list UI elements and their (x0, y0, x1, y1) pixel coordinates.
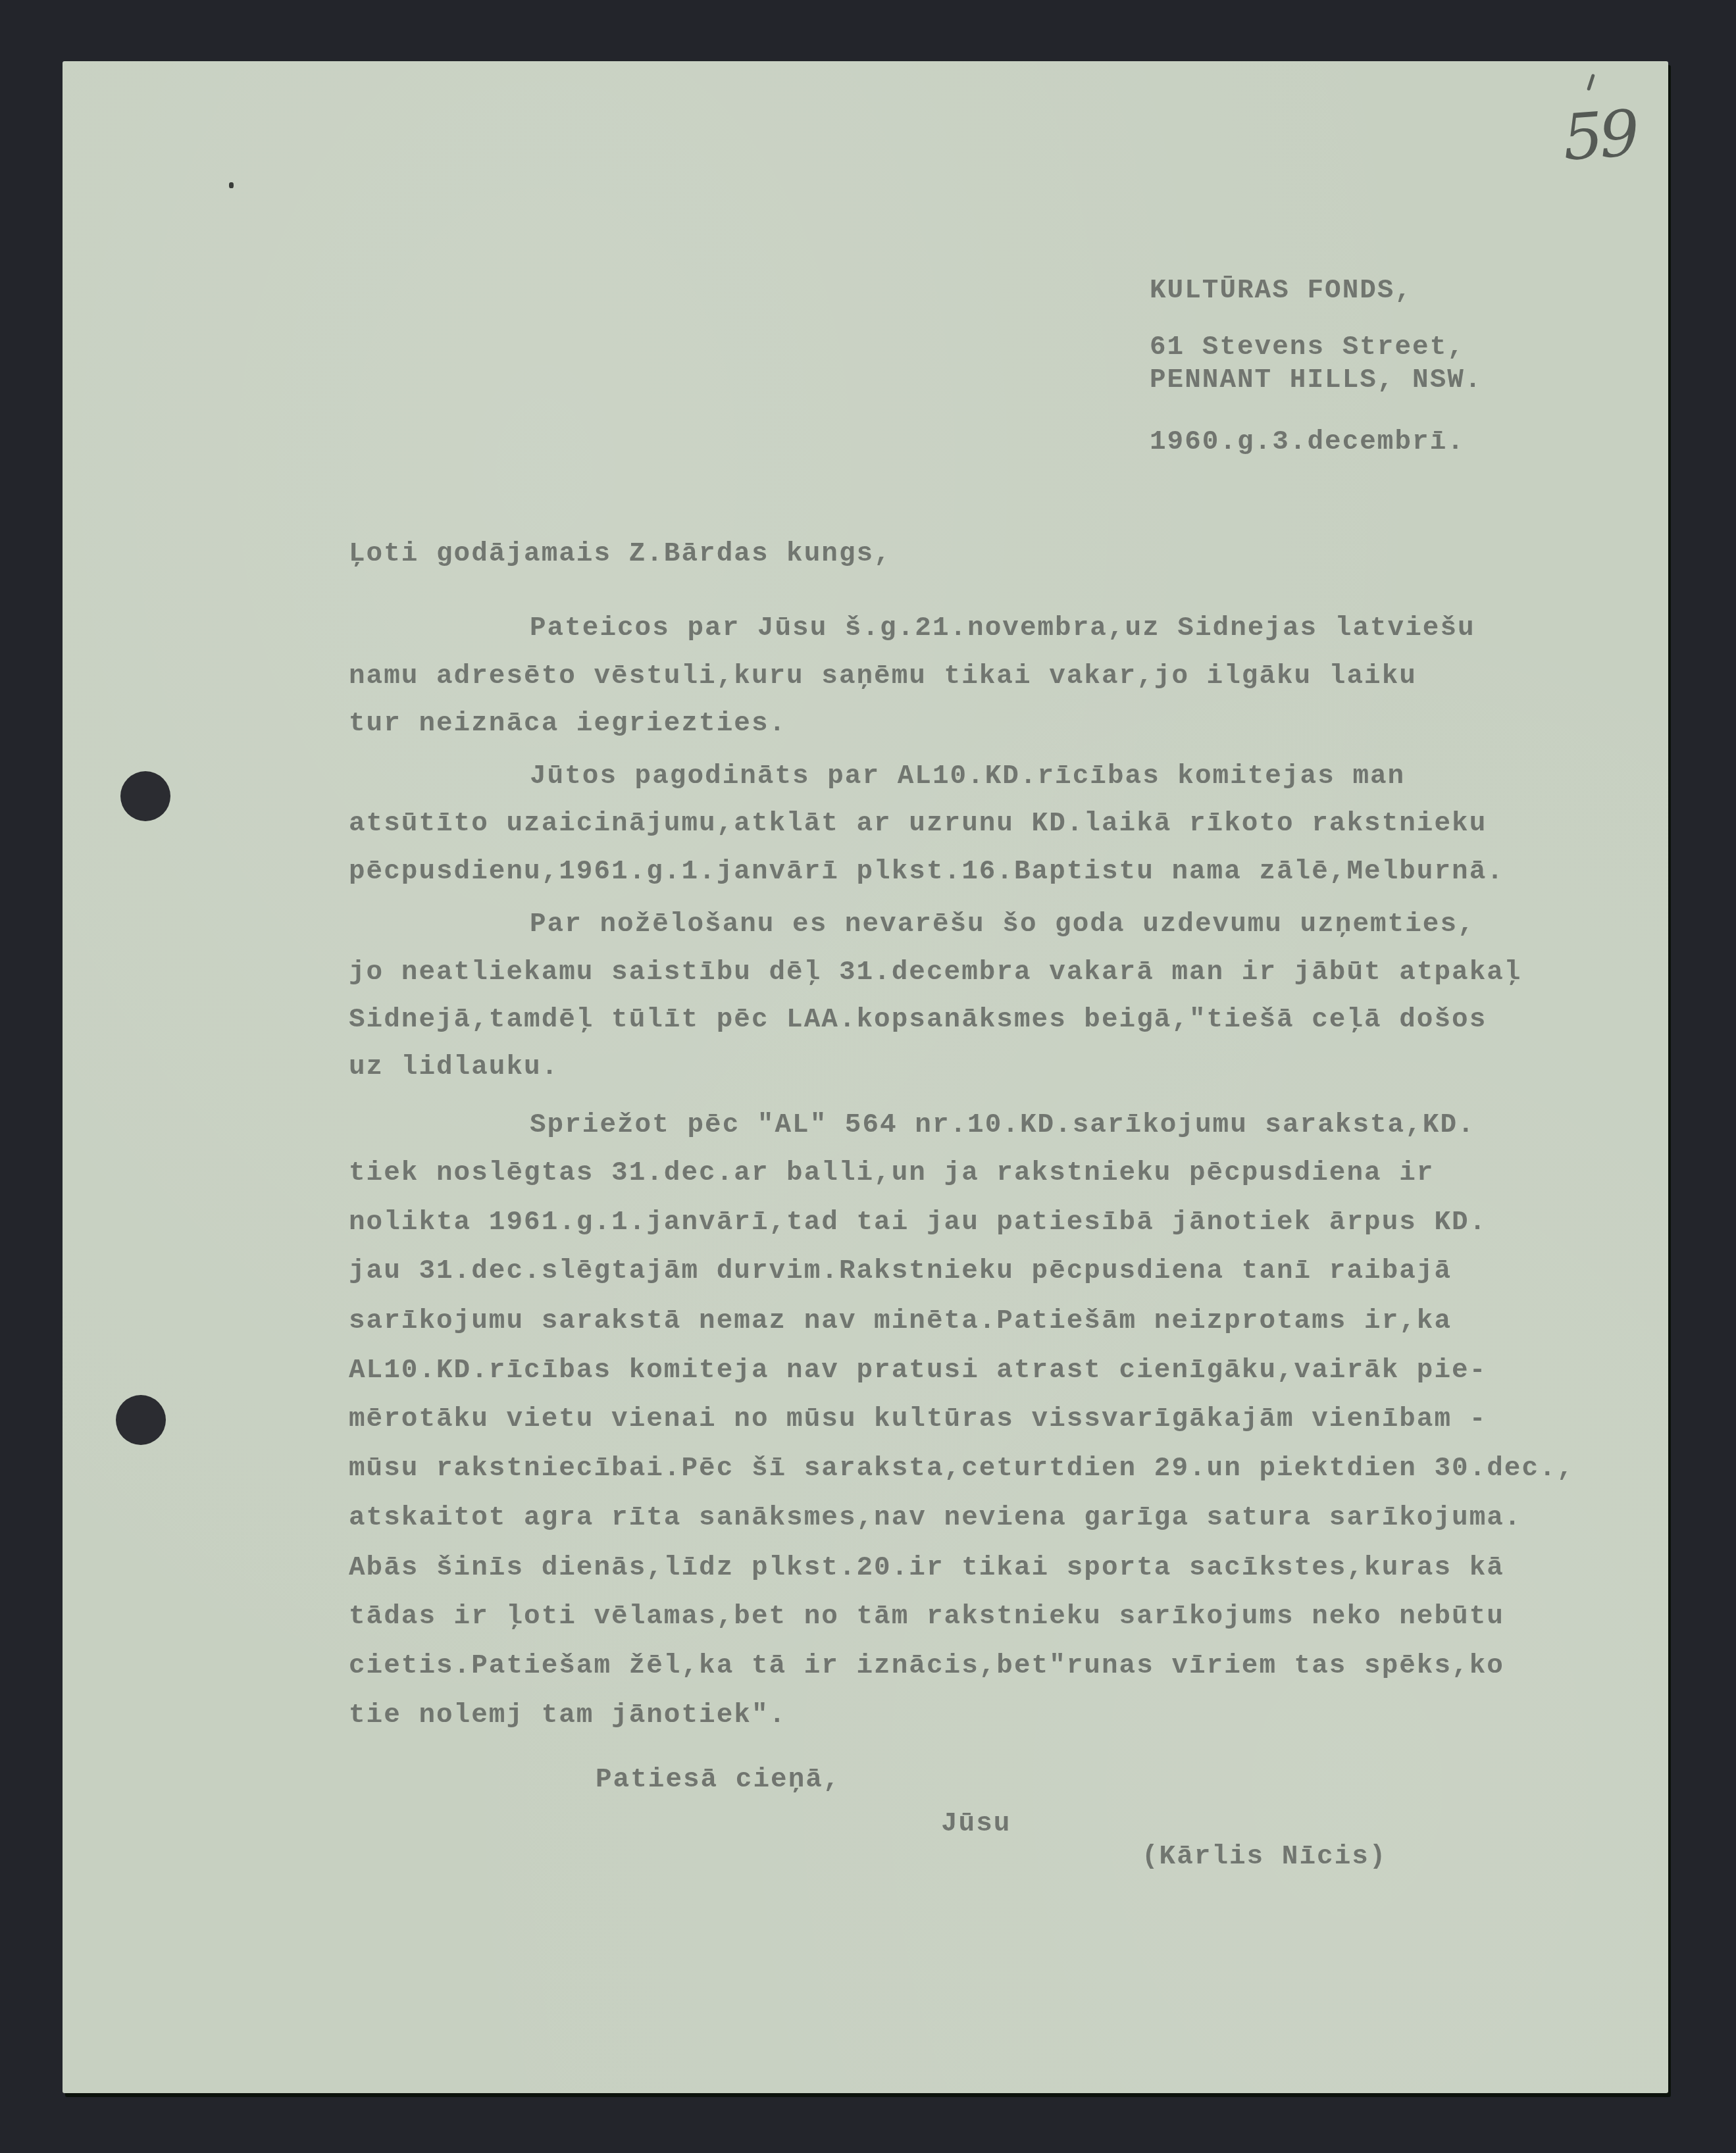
punch-hole-bottom (116, 1395, 166, 1445)
closing-word: Jūsu (941, 1811, 1011, 1838)
paragraph-line: Abās šinīs dienās,līdz plkst.20.ir tikai… (349, 1555, 1504, 1582)
paragraph-line: nolikta 1961.g.1.janvārī,tad tai jau pat… (349, 1209, 1487, 1236)
sender-organization: KULTŪRAS FONDS, (1150, 278, 1412, 305)
letter-date: 1960.g.3.decembrī. (1150, 429, 1465, 456)
paragraph-line: AL10.KD.rīcības komiteja nav pratusi atr… (349, 1357, 1487, 1384)
paragraph-line: tiek noslēgtas 31.dec.ar balli,un ja rak… (349, 1160, 1434, 1187)
paragraph-line: mūsu rakstniecībai.Pēc šī saraksta,cetur… (349, 1456, 1574, 1482)
paragraph-line: jo neatliekamu saistību dēļ 31.decembra … (349, 959, 1521, 986)
sender-address-line1: 61 Stevens Street, (1150, 334, 1465, 361)
paragraph-line: Pateicos par Jūsu š.g.21.novembra,uz Sid… (530, 615, 1475, 642)
closing: Patiesā cieņā, (596, 1767, 840, 1794)
signature-name: (Kārlis Nīcis) (1142, 1844, 1387, 1871)
salutation: Ļoti godājamais Z.Bārdas kungs, (349, 541, 892, 568)
paragraph-line: sarīkojumu sarakstā nemaz nav minēta.Pat… (349, 1308, 1452, 1335)
paragraph-line: pēcpusdienu,1961.g.1.janvārī plkst.16.Ba… (349, 859, 1504, 886)
paragraph-line: namu adresēto vēstuli,kuru saņēmu tikai … (349, 663, 1417, 690)
paragraph-line: tur neiznāca iegriezties. (349, 711, 786, 738)
sender-address-line2: PENNANT HILLS, NSW. (1150, 367, 1482, 394)
paragraph-line: tādas ir ļoti vēlamas,bet no tām rakstni… (349, 1604, 1504, 1631)
punch-hole-top (120, 771, 170, 821)
paragraph-line: Jūtos pagodināts par AL10.KD.rīcības kom… (530, 763, 1405, 790)
paragraph-line: tie nolemj tam jānotiek". (349, 1702, 786, 1729)
paragraph-line: mērotāku vietu vienai no mūsu kultūras v… (349, 1406, 1487, 1433)
folio-number: 59 (1560, 96, 1638, 174)
paragraph-line: atskaitot agra rīta sanāksmes,nav nevien… (349, 1505, 1521, 1532)
paragraph-line: jau 31.dec.slēgtajām durvim.Rakstnieku p… (349, 1258, 1452, 1285)
paragraph-line: Sidnejā,tamdēļ tūlīt pēc LAA.kopsanāksme… (349, 1007, 1487, 1034)
paper-speck (229, 182, 234, 188)
paragraph-line: Par nožēlošanu es nevarēšu šo goda uzdev… (530, 911, 1475, 938)
paragraph-line: cietis.Patiešam žēl,ka tā ir iznācis,bet… (349, 1653, 1504, 1680)
paragraph-line: uz lidlauku. (349, 1054, 559, 1081)
paragraph-line: atsūtīto uzaicinājumu,atklāt ar uzrunu K… (349, 811, 1487, 838)
paragraph-line: Spriežot pēc "AL" 564 nr.10.KD.sarīkojum… (530, 1112, 1475, 1139)
